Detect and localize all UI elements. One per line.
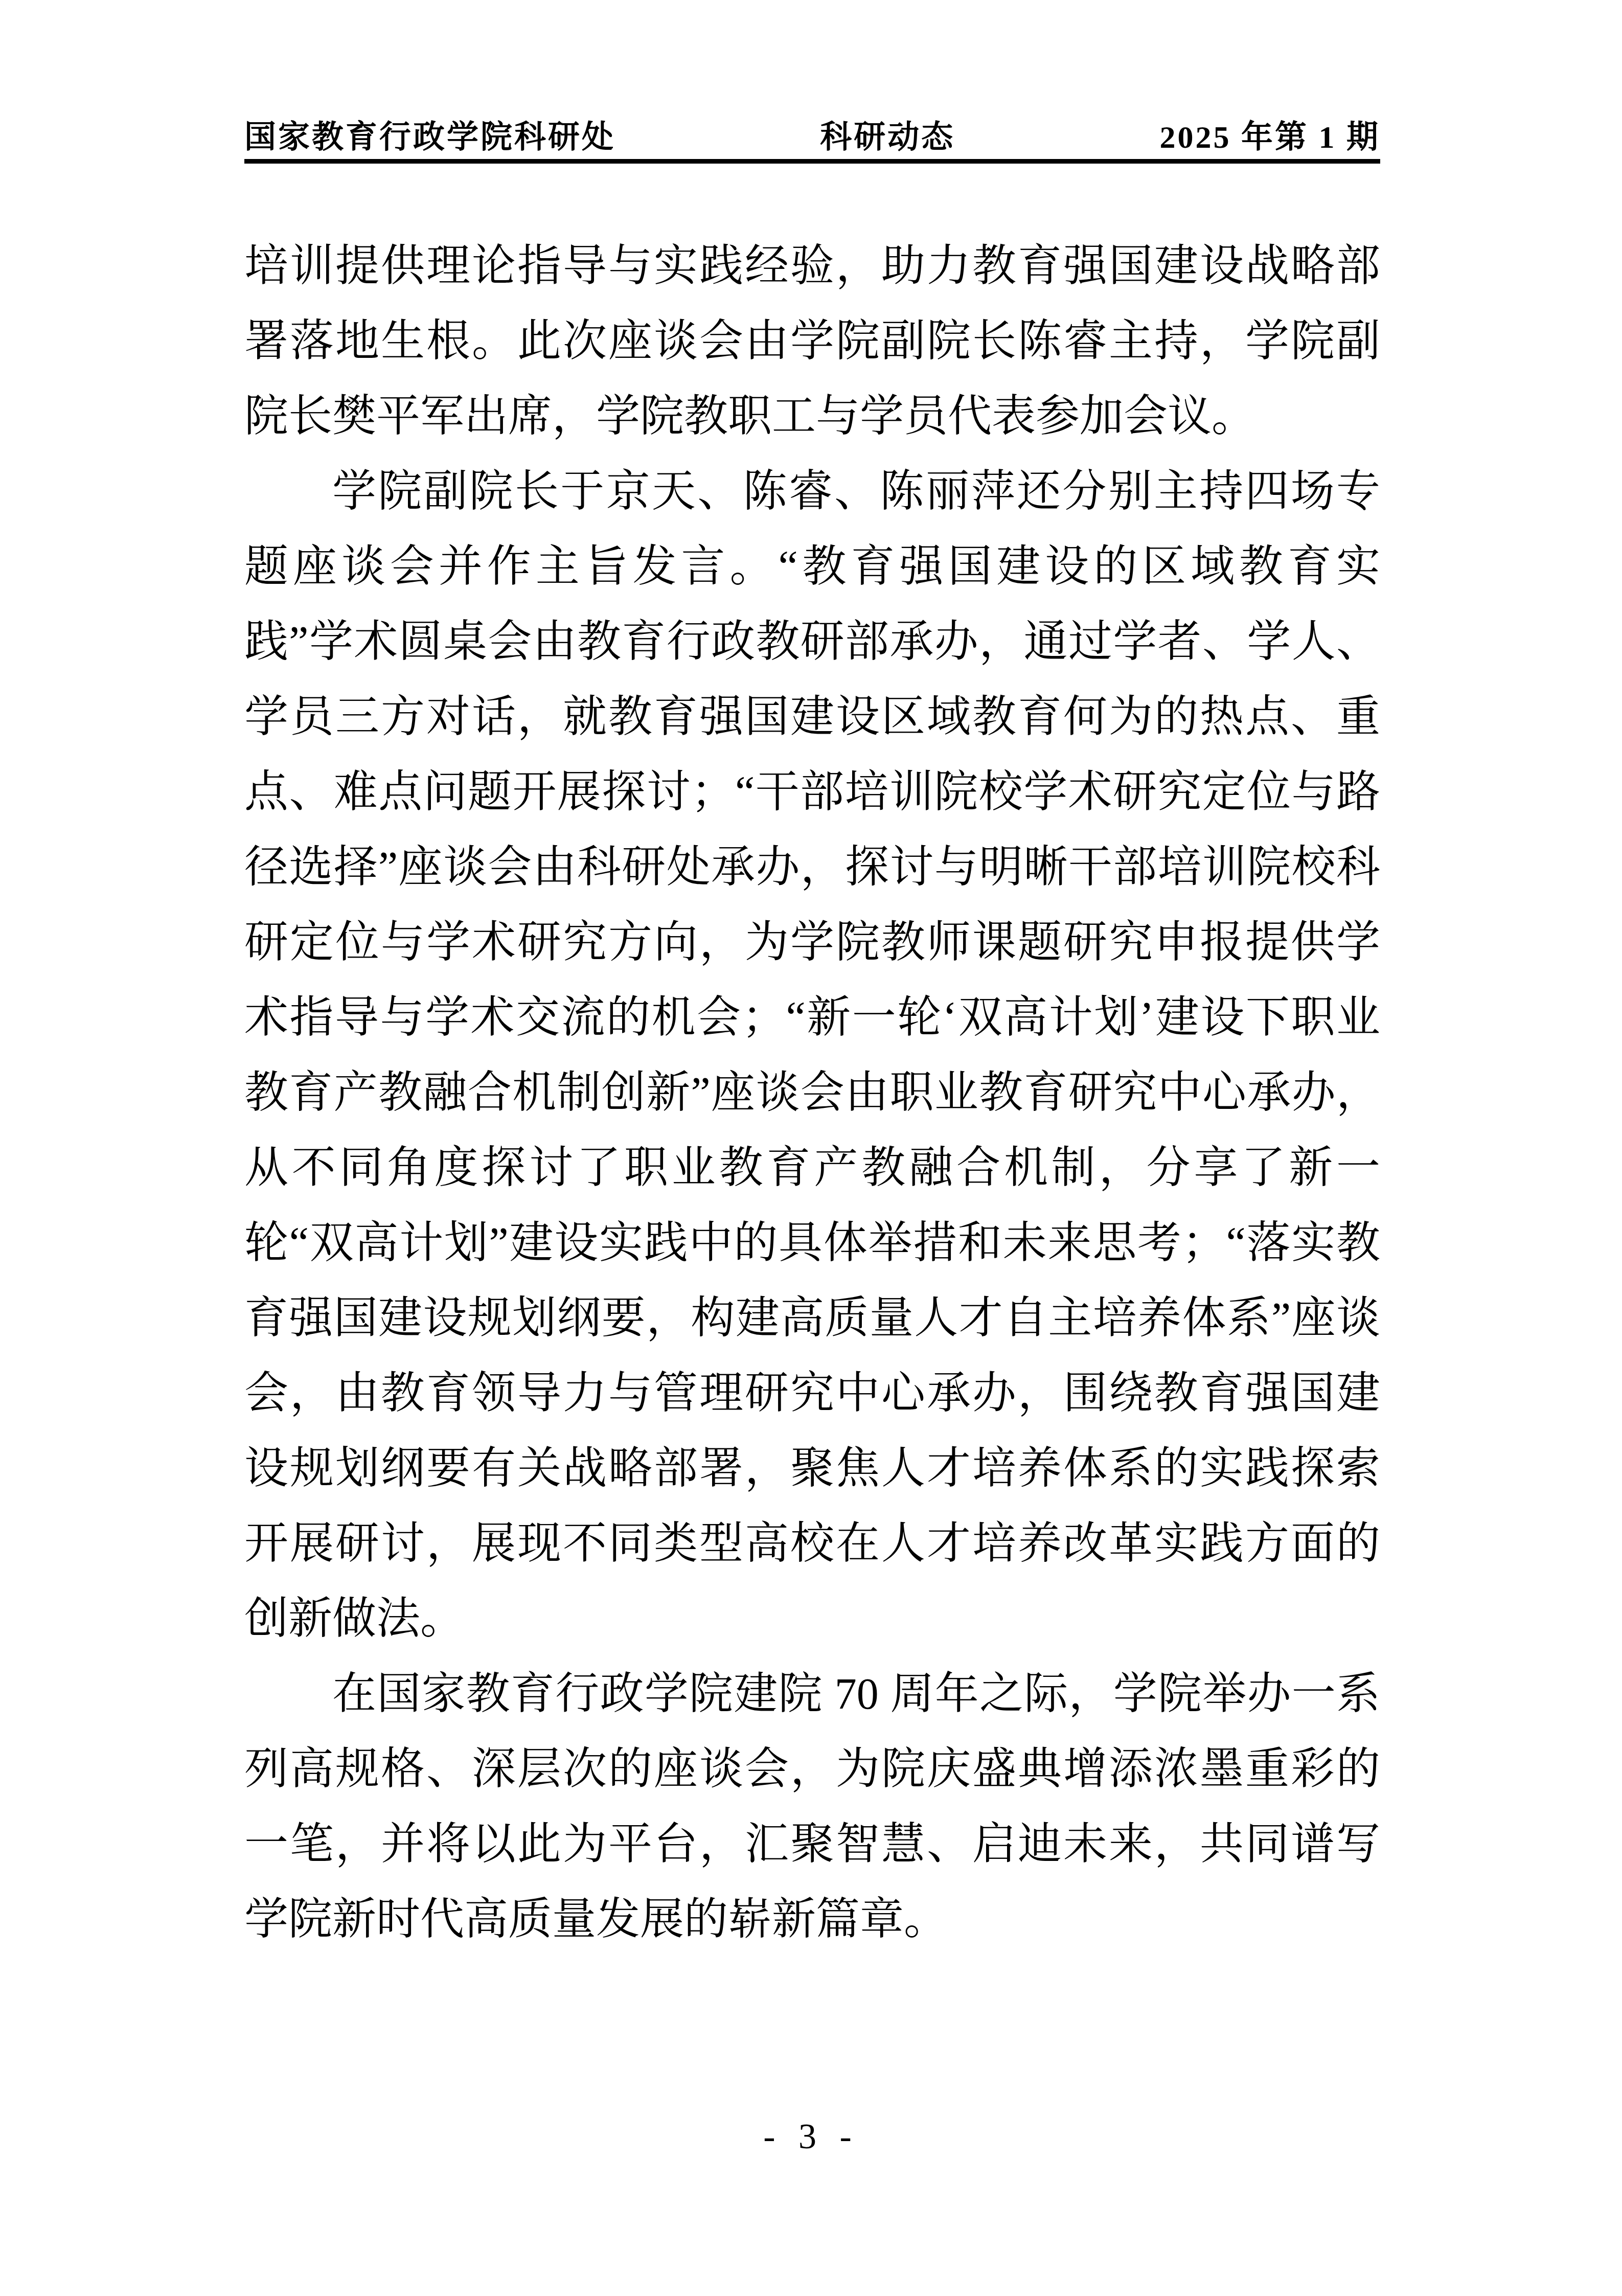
body-paragraph: 学院副院长于京天、陈睿、陈丽萍还分别主持四场专题座谈会并作主旨发言。“教育强国建… <box>244 454 1380 1656</box>
body-paragraph: 培训提供理论指导与实践经验，助力教育强国建设战略部署落地生根。此次座谈会由学院副… <box>244 229 1380 454</box>
body-paragraph: 在国家教育行政学院建院 70 周年之际，学院举办一系列高规格、深层次的座谈会，为… <box>244 1656 1380 1957</box>
header-right-text: 2025 年第 1 期 <box>1159 111 1380 157</box>
header-left-text: 国家教育行政学院科研处 <box>244 111 615 157</box>
page-number: - 3 - <box>763 2117 859 2156</box>
page-header: 国家教育行政学院科研处 科研动态 2025 年第 1 期 <box>244 111 1380 157</box>
header-center-text: 科研动态 <box>820 111 955 157</box>
header-rule <box>244 159 1380 164</box>
document-page: 国家教育行政学院科研处 科研动态 2025 年第 1 期 培训提供理论指导与实践… <box>0 0 1622 2296</box>
page-footer: - 3 - <box>0 2117 1622 2157</box>
document-body: 培训提供理论指导与实践经验，助力教育强国建设战略部署落地生根。此次座谈会由学院副… <box>244 229 1380 1957</box>
